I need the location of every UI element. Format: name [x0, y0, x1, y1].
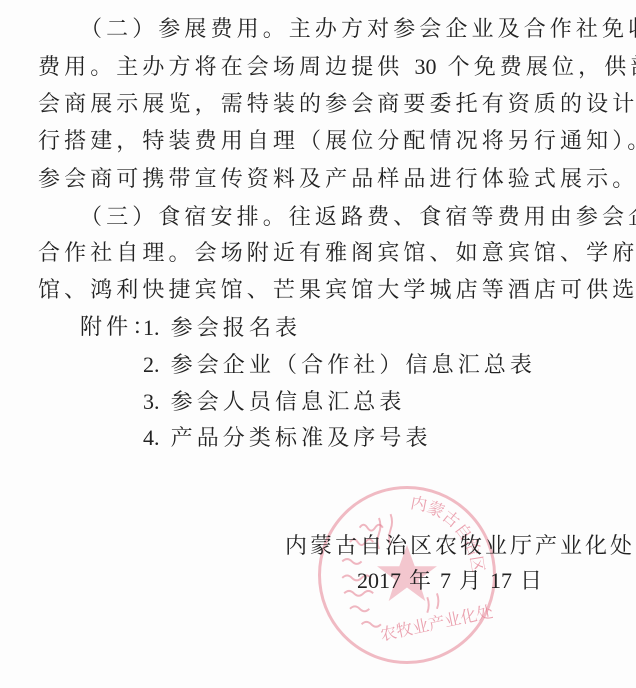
section-3-line-1: （三）食宿安排。往返路费、食宿等费用由参会企业或 [80, 205, 636, 231]
section-2-line-2: 费用。主办方将在会场周边提供 30 个免费展位，供部分参 [38, 54, 636, 81]
date-month-unit: 月 [459, 569, 482, 594]
date-year: 2017 [357, 568, 401, 593]
section-2-line-5: 参会商可携带宣传资料及产品样品进行体验式展示。 [38, 167, 636, 193]
section-3-line-2: 合作社自理。会场附近有雅阁宾馆、如意宾馆、学府坤悦宾 [38, 241, 636, 267]
attachment-item-3: 3. 参会人员信息汇总表 [143, 389, 406, 416]
document-page: （二）参展费用。主办方对参会企业及合作社免收参会 费用。主办方将在会场周边提供 … [0, 0, 636, 688]
date-day: 17 [490, 568, 512, 593]
attachment-num: 4. [143, 425, 160, 450]
issue-date: 2017 年 7 月 17 日 [357, 568, 543, 595]
section-2-line-2-a: 费用。主办方将在会场周边提供 [38, 55, 415, 80]
date-year-unit: 年 [409, 569, 432, 594]
attachment-title: 产品分类标准及序号表 [171, 426, 432, 451]
section-2-line-2-b: 个免费展位，供部分参 [437, 55, 636, 80]
attachment-title: 参会人员信息汇总表 [171, 390, 406, 415]
date-day-unit: 日 [520, 569, 543, 594]
section-3-line-3: 馆、鸿利快捷宾馆、芒果宾馆大学城店等酒店可供选择。 [38, 278, 636, 304]
attachment-num: 1. [143, 315, 160, 340]
section-2-line-4: 行搭建，特装费用自理（展位分配情况将另行通知）。其它 [38, 129, 636, 155]
seal-bottom-text: 农牧业产业化处 [378, 602, 493, 645]
section-2-line-3: 会商展示展览，需特装的参会商要委托有资质的设计单位进 [38, 92, 636, 118]
date-month: 7 [440, 568, 451, 593]
booth-count: 30 [415, 54, 437, 79]
attachment-title: 参会企业（合作社）信息汇总表 [171, 353, 536, 378]
issuing-organization: 内蒙古自治区农牧业厅产业化处 [285, 534, 635, 560]
attachment-item-1: 1. 参会报名表 [143, 315, 301, 342]
attachment-num: 3. [143, 389, 160, 414]
attachment-num: 2. [143, 352, 160, 377]
attachment-title: 参会报名表 [171, 316, 302, 341]
attachment-item-2: 2. 参会企业（合作社）信息汇总表 [143, 352, 536, 379]
section-2-line-1: （二）参展费用。主办方对参会企业及合作社免收参会 [80, 17, 636, 43]
attachment-item-4: 4. 产品分类标准及序号表 [143, 425, 432, 452]
